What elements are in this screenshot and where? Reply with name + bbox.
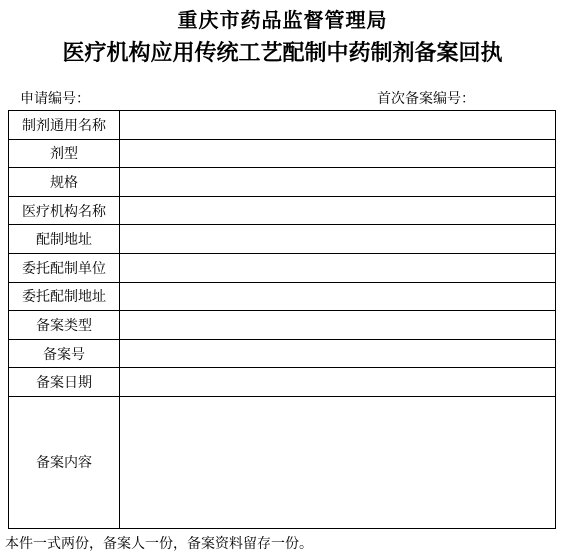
meta-line: 申请编号： 首次备案编号： <box>0 88 565 106</box>
row-value-cell <box>120 253 556 282</box>
row-label: 备案类型 <box>9 311 120 340</box>
table-row-medical-institution-name: 医疗机构名称 <box>9 196 556 225</box>
row-label: 备案日期 <box>9 368 120 397</box>
table-row-dosage-form: 剂型 <box>9 139 556 168</box>
row-value-cell <box>120 168 556 197</box>
row-value-cell <box>120 339 556 368</box>
row-value-cell <box>120 396 556 528</box>
row-value-cell <box>120 111 556 140</box>
document-title-agency: 重庆市药品监督管理局 <box>0 4 565 33</box>
application-number-label: 申请编号： <box>20 88 90 108</box>
row-label: 配制地址 <box>9 225 120 254</box>
first-filing-number-label: 首次备案编号： <box>377 88 475 108</box>
row-value-cell <box>120 225 556 254</box>
table-row-filing-type: 备案类型 <box>9 311 556 340</box>
row-label: 制剂通用名称 <box>9 111 120 140</box>
filing-receipt-table: 制剂通用名称 剂型 规格 医疗机构名称 配制地址 委托配制单位 委托配制地址 <box>8 110 556 529</box>
table-row-entrusted-address: 委托配制地址 <box>9 282 556 311</box>
row-label: 规格 <box>9 168 120 197</box>
row-value-cell <box>120 139 556 168</box>
table-row-filing-number: 备案号 <box>9 339 556 368</box>
table-row-specification: 规格 <box>9 168 556 197</box>
row-label: 委托配制单位 <box>9 253 120 282</box>
row-label: 备案号 <box>9 339 120 368</box>
table-row-filing-date: 备案日期 <box>9 368 556 397</box>
table-row-preparation-name: 制剂通用名称 <box>9 111 556 140</box>
row-value-cell <box>120 368 556 397</box>
row-value-cell <box>120 311 556 340</box>
row-label: 剂型 <box>9 139 120 168</box>
table-row-entrusted-unit: 委托配制单位 <box>9 253 556 282</box>
row-label: 委托配制地址 <box>9 282 120 311</box>
row-value-cell <box>120 196 556 225</box>
document-title-form-name: 医疗机构应用传统工艺配制中药制剂备案回执 <box>0 36 565 67</box>
table-row-preparation-address: 配制地址 <box>9 225 556 254</box>
row-label: 医疗机构名称 <box>9 196 120 225</box>
footer-note: 本件一式两份，备案人一份，备案资料留存一份。 <box>5 533 313 551</box>
row-label: 备案内容 <box>9 396 120 528</box>
table-row-filing-content: 备案内容 <box>9 396 556 528</box>
row-value-cell <box>120 282 556 311</box>
